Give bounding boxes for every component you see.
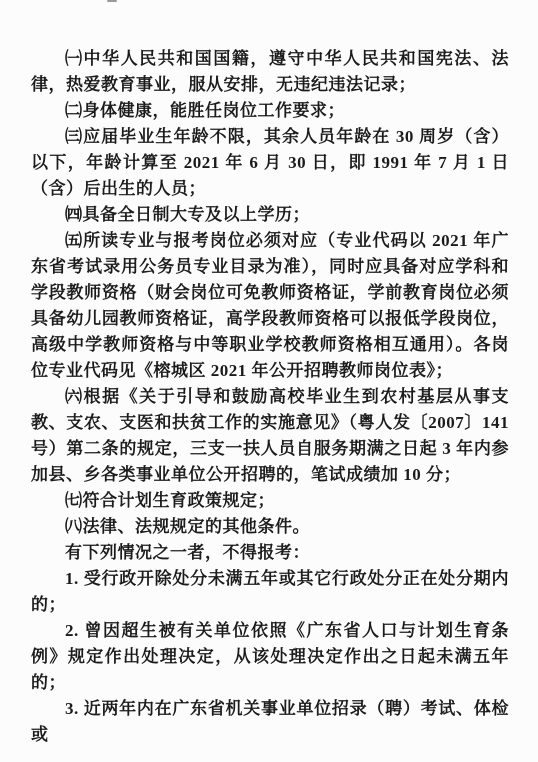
- paragraph-condition-3: ㈢应届毕业生年龄不限，其余人员年龄在 30 周岁（含）以下，年龄计算至 2021…: [31, 124, 509, 202]
- paragraph-exclusion-1: 1. 受行政开除处分未满五年或其它行政处分正在处分期内的；: [31, 566, 509, 618]
- paragraph-condition-7: ㈦符合计划生育政策规定；: [31, 488, 509, 514]
- paragraph-exclusion-2: 2. 曾因超生被有关单位依照《广东省人口与计划生育条例》规定作出处理决定，从该处…: [31, 618, 509, 696]
- paragraph-condition-2: ㈡身体健康，能胜任岗位工作要求；: [31, 98, 509, 124]
- paragraph-condition-4: ㈣具备全日制大专及以上学历；: [31, 202, 509, 228]
- document-body: ㈠中华人民共和国国籍，遵守中华人民共和国宪法、法律，热爱教育事业，服从安排，无违…: [31, 46, 509, 748]
- page-number: 2: [0, 700, 538, 716]
- paragraph-condition-5: ㈤所读专业与报考岗位必须对应（专业代码以 2021 年广东省考试录用公务员专业目…: [31, 228, 509, 384]
- document-page: ㈠中华人民共和国国籍，遵守中华人民共和国宪法、法律，热爱教育事业，服从安排，无违…: [0, 0, 538, 762]
- paragraph-condition-6: ㈥根据《关于引导和鼓励高校毕业生到农村基层从事支教、支农、支医和扶贫工作的实施意…: [31, 384, 509, 488]
- paragraph-exclusion-intro: 有下列情况之一者，不得报考：: [31, 540, 509, 566]
- paragraph-condition-8: ㈧法律、法规规定的其他条件。: [31, 514, 509, 540]
- scan-artifact: [107, 0, 117, 2]
- paragraph-condition-1: ㈠中华人民共和国国籍，遵守中华人民共和国宪法、法律，热爱教育事业，服从安排，无违…: [31, 46, 509, 98]
